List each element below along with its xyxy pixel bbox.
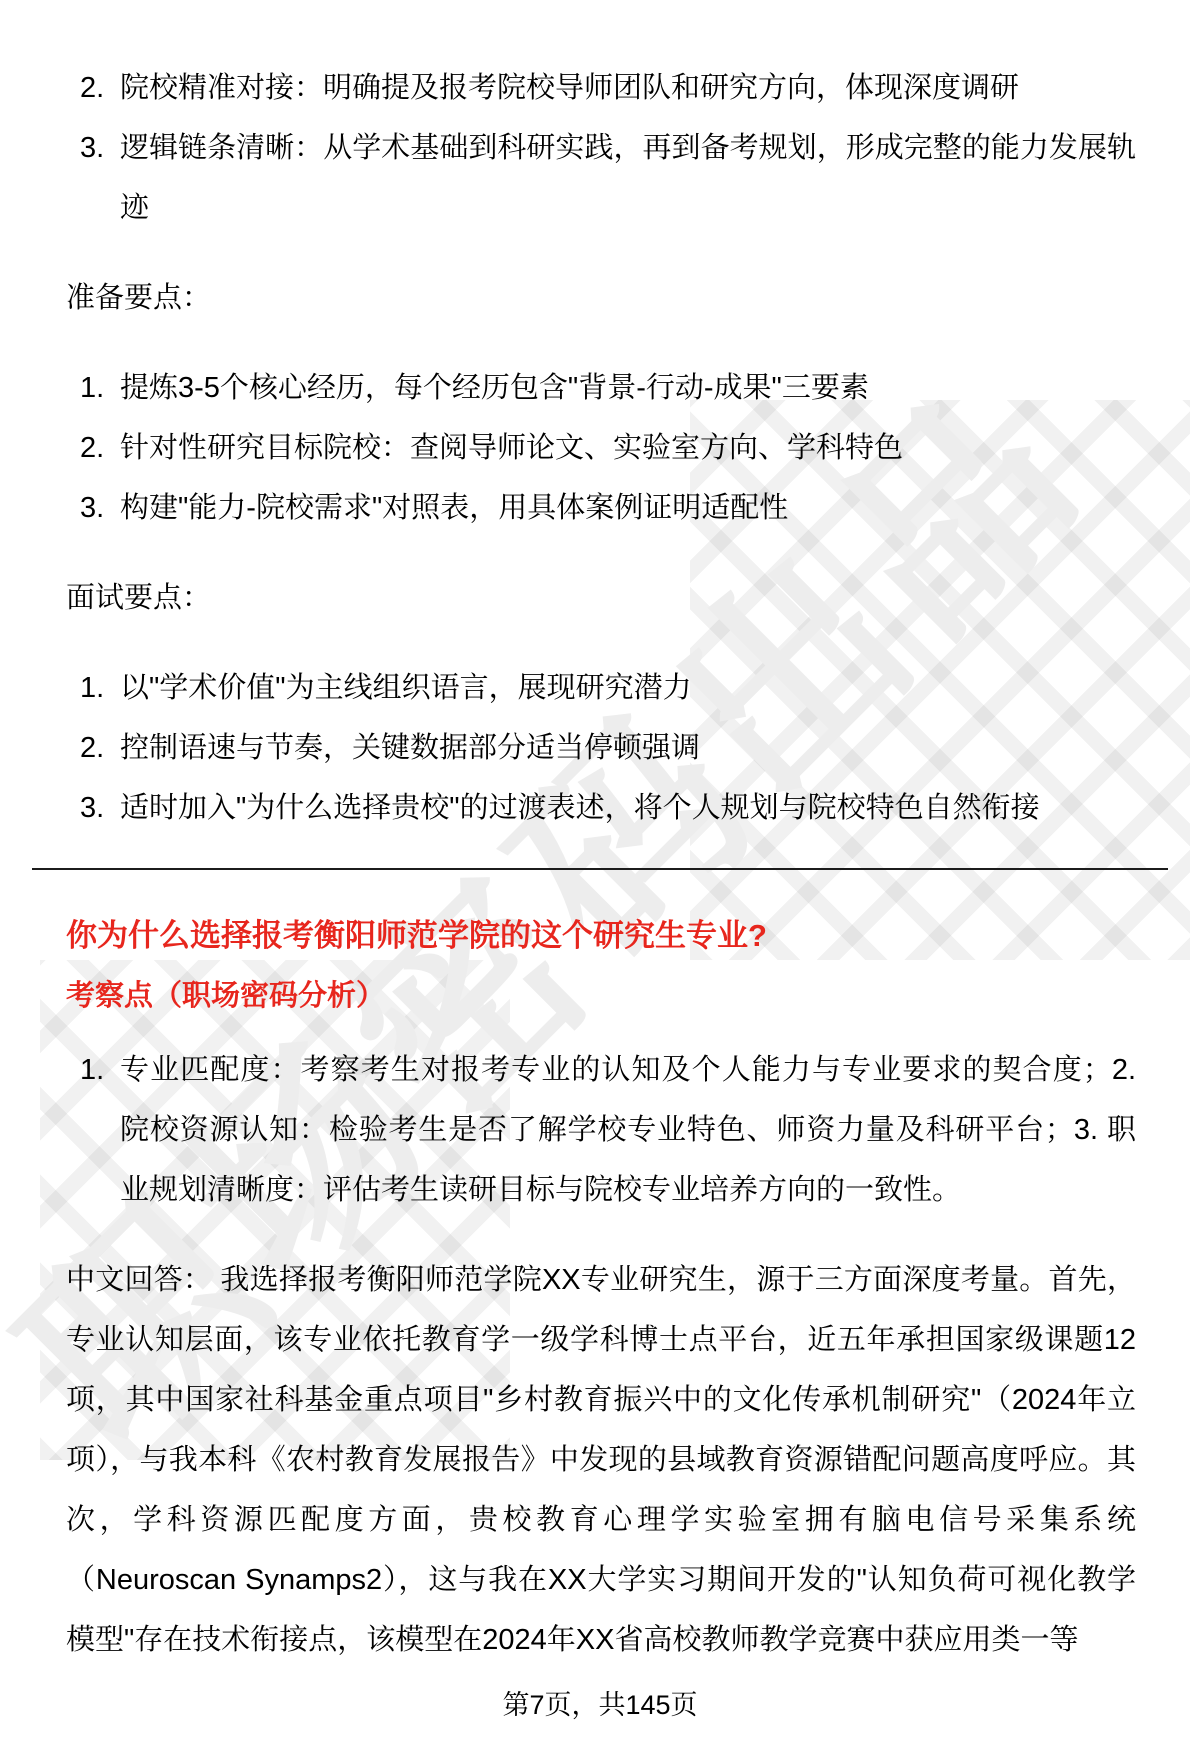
list-item-number: 3. (80, 478, 120, 538)
prep-section-heading: 准备要点： (66, 268, 1136, 328)
assessment-points-list: 1. 专业匹配度：考察考生对报考专业的认知及个人能力与专业要求的契合度；2. 院… (66, 1040, 1136, 1220)
list-item: 1. 以"学术价值"为主线组织语言，展现研究潜力 (80, 658, 1136, 718)
list-item-text: 控制语速与节奏，关键数据部分适当停顿强调 (120, 718, 1136, 778)
prep-points-list: 1. 提炼3-5个核心经历，每个经历包含"背景-行动-成果"三要素 2. 针对性… (66, 358, 1136, 538)
list-item-text: 院校精准对接：明确提及报考院校导师团队和研究方向，体现深度调研 (120, 58, 1136, 118)
interview-section-heading: 面试要点： (66, 568, 1136, 628)
question-title: 你为什么选择报考衡阳师范学院的这个研究生专业? (66, 906, 1136, 966)
list-item-text: 逻辑链条清晰：从学术基础到科研实践，再到备考规划，形成完整的能力发展轨迹 (120, 118, 1136, 238)
list-item-number: 1. (80, 358, 120, 418)
section-divider (32, 868, 1168, 870)
list-item: 2. 针对性研究目标院校：查阅导师论文、实验室方向、学科特色 (80, 418, 1136, 478)
list-item: 3. 逻辑链条清晰：从学术基础到科研实践，再到备考规划，形成完整的能力发展轨迹 (80, 118, 1136, 238)
list-item-number: 2. (80, 418, 120, 478)
list-item: 3. 适时加入"为什么选择贵校"的过渡表述，将个人规划与院校特色自然衔接 (80, 778, 1136, 838)
interview-points-list: 1. 以"学术价值"为主线组织语言，展现研究潜力 2. 控制语速与节奏，关键数据… (66, 658, 1136, 838)
list-item-text: 构建"能力-院校需求"对照表，用具体案例证明适配性 (120, 478, 1136, 538)
list-item-number: 2. (80, 718, 120, 778)
list-item-number: 2. (80, 58, 120, 118)
list-item-text: 提炼3-5个核心经历，每个经历包含"背景-行动-成果"三要素 (120, 358, 1136, 418)
document-content: 2. 院校精准对接：明确提及报考院校导师团队和研究方向，体现深度调研 3. 逻辑… (0, 0, 1200, 1670)
chinese-answer-paragraph: 中文回答： 我选择报考衡阳师范学院XX专业研究生，源于三方面深度考量。首先，专业… (66, 1250, 1136, 1670)
list-item-text: 针对性研究目标院校：查阅导师论文、实验室方向、学科特色 (120, 418, 1136, 478)
list-item-text: 专业匹配度：考察考生对报考专业的认知及个人能力与专业要求的契合度；2. 院校资源… (120, 1040, 1136, 1220)
list-item-number: 1. (80, 1040, 120, 1220)
question-subtitle: 考察点（职场密码分析） (66, 966, 1136, 1026)
list-item: 2. 控制语速与节奏，关键数据部分适当停顿强调 (80, 718, 1136, 778)
list-item-number: 3. (80, 118, 120, 238)
list-item-number: 1. (80, 658, 120, 718)
list-item: 3. 构建"能力-院校需求"对照表，用具体案例证明适配性 (80, 478, 1136, 538)
list-item: 1. 专业匹配度：考察考生对报考专业的认知及个人能力与专业要求的契合度；2. 院… (80, 1040, 1136, 1220)
list-item-number: 3. (80, 778, 120, 838)
list-item-text: 以"学术价值"为主线组织语言，展现研究潜力 (120, 658, 1136, 718)
list-item: 1. 提炼3-5个核心经历，每个经历包含"背景-行动-成果"三要素 (80, 358, 1136, 418)
list-item-text: 适时加入"为什么选择贵校"的过渡表述，将个人规划与院校特色自然衔接 (120, 778, 1136, 838)
list-item: 2. 院校精准对接：明确提及报考院校导师团队和研究方向，体现深度调研 (80, 58, 1136, 118)
page-footer: 第7页，共145页 (0, 1680, 1200, 1730)
document-page: 职场密码出品 2. 院校精准对接：明确提及报考院校导师团队和研究方向，体现深度调… (0, 0, 1200, 1755)
scoring-points-list: 2. 院校精准对接：明确提及报考院校导师团队和研究方向，体现深度调研 3. 逻辑… (66, 58, 1136, 238)
